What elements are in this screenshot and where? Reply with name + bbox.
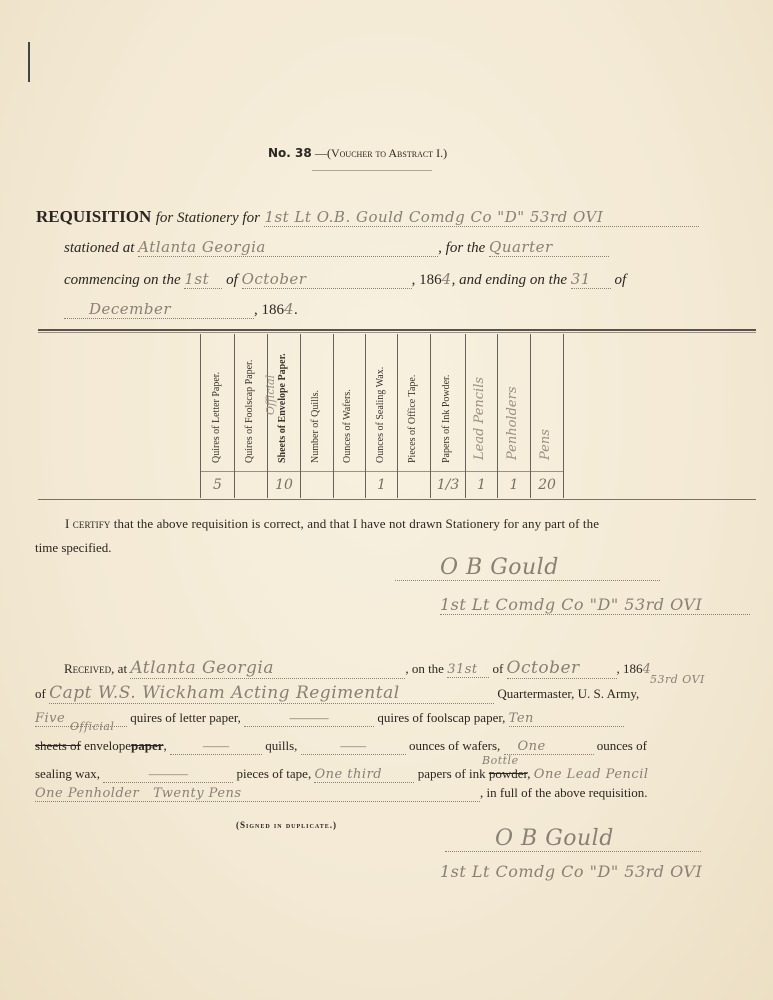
col-line <box>397 334 398 498</box>
received-at-label: , at <box>111 661 127 676</box>
col-header-ink-powder: Papers of Ink Powder. <box>441 345 452 463</box>
col-line <box>365 334 366 498</box>
struck-sheets-of: sheets of <box>35 738 81 753</box>
wax-qty: One <box>504 739 594 755</box>
commencing-label: commencing on the <box>64 272 181 288</box>
commencing-month-field: October <box>242 270 412 289</box>
ending-label: , and ending on the <box>452 272 567 288</box>
col-header-foolscap: Quires of Foolscap Paper. <box>244 345 255 463</box>
table-top-rule <box>38 329 756 331</box>
col-line <box>200 334 201 498</box>
ink-label: papers of ink <box>418 766 486 781</box>
ending-year-digit: 4 <box>284 300 294 318</box>
for-the-label: , for the <box>438 240 485 256</box>
col-header-pens: Pens <box>538 395 553 460</box>
qm-label: Quartermaster, U. S. Army, <box>497 686 639 701</box>
requisition-line-1: REQUISITION for Stationery for 1st Lt O.… <box>36 206 699 227</box>
ink-qty: One third <box>314 767 414 783</box>
certify-lead: I certify <box>65 516 110 531</box>
foolscap-label: quires of foolscap paper, <box>377 710 505 725</box>
cell-envelope-paper: 10 <box>268 477 300 493</box>
col-header-penholders: Penholders <box>505 360 520 460</box>
col-line <box>333 334 334 498</box>
struck-powder: powder <box>489 766 527 781</box>
received-of-label: of <box>492 661 503 676</box>
voucher-number: No. 38 <box>268 146 312 160</box>
col-line <box>497 334 498 498</box>
certify-text-2: time specified. <box>35 540 112 556</box>
col-header-lead-pencils: Lead Pencils <box>472 360 487 460</box>
extra-lead-pencil: One Lead Pencil <box>534 767 649 782</box>
edge-mark <box>28 42 30 82</box>
period-mark: . <box>294 302 298 318</box>
cell-pens: 20 <box>531 477 563 493</box>
received-line-5: sealing wax, ――― pieces of tape, One thi… <box>35 766 649 783</box>
cell-lead-pencils: 1 <box>466 477 497 493</box>
col-annotation-official: Official <box>264 355 277 415</box>
col-line <box>465 334 466 498</box>
qm-annotation: 53rd OVI <box>650 673 705 686</box>
col-header-office-tape: Pieces of Office Tape. <box>407 345 418 463</box>
col-line <box>300 334 301 498</box>
wafers-qty: ―― <box>301 738 406 755</box>
signed-duplicate-label: (Signed in duplicate.) <box>236 820 337 830</box>
extra-penholder-pens: One Penholder Twenty Pens <box>35 786 480 802</box>
requisition-title: REQUISITION <box>36 207 151 226</box>
header-divider <box>312 170 432 171</box>
foolscap-qty: ――― <box>244 710 374 727</box>
stationed-field: Atlanta Georgia <box>138 238 438 257</box>
col-header-sealing-wax: Ounces of Sealing Wax. <box>375 345 386 463</box>
received-location-field: Atlanta Georgia <box>130 658 405 679</box>
tape-blank: ――― <box>103 766 233 783</box>
ending-day-field: 31 <box>571 270 611 289</box>
col-header-wafers: Ounces of Wafers. <box>342 345 353 463</box>
col-line <box>530 334 531 498</box>
received-line-6: One Penholder Twenty Pens, in full of th… <box>35 785 648 802</box>
received-year-prefix: , 186 <box>617 661 643 676</box>
table-top-rule-2 <box>38 332 756 333</box>
envelope-label: envelope <box>84 738 131 753</box>
quills-qty: ―― <box>170 738 262 755</box>
quills-label: quills, <box>265 738 297 753</box>
col-header-envelope-paper: Sheets of Envelope Paper. <box>277 345 288 463</box>
certify-signer-title: 1st Lt Comdg Co "D" 53rd OVI <box>440 595 750 615</box>
year-prefix: , 186 <box>412 272 442 288</box>
stationed-label: stationed at <box>64 240 134 256</box>
received-day-field: 31st <box>447 662 489 678</box>
received-line-4: sheets of envelopepaper, ―― quills, ―― o… <box>35 738 647 755</box>
tape-label: pieces of tape, <box>236 766 311 781</box>
for-stationery-label: for Stationery for <box>156 210 260 226</box>
received-line-1: Received, at Atlanta Georgia, on the 31s… <box>64 658 651 679</box>
receipt-signer-title: 1st Lt Comdg Co "D" 53rd OVI <box>440 862 702 881</box>
col-line <box>563 334 564 498</box>
receipt-signature: O B Gould <box>445 826 701 852</box>
of-label-2: of <box>615 272 627 288</box>
voucher-title: —(Voucher to Abstract I.) <box>315 146 447 160</box>
cell-ink-powder: 1/3 <box>431 477 465 493</box>
col-header-letter-paper: Quires of Letter Paper. <box>211 345 222 463</box>
table-value-divider <box>200 471 564 472</box>
received-on-label: , on the <box>405 661 444 676</box>
ending-month-field: December <box>64 300 254 319</box>
received-month-field: October <box>507 658 617 679</box>
commencing-day-field: 1st <box>184 270 222 289</box>
certify-body: that the above requisition is correct, a… <box>110 516 599 531</box>
cell-letter-paper: 5 <box>201 477 234 493</box>
col-line <box>430 334 431 498</box>
period-field: Quarter <box>489 238 609 257</box>
envelope-qty: Ten <box>509 711 624 727</box>
certify-signature: O B Gould <box>395 555 660 581</box>
cell-sealing-wax: 1 <box>366 477 397 493</box>
certify-text: I certify that the above requisition is … <box>65 516 599 532</box>
col-line <box>234 334 235 498</box>
wax-label: ounces of <box>597 738 647 753</box>
received-line-3: Five quires of letter paper, ――― quires … <box>35 710 624 727</box>
received-lead: Received <box>64 661 111 676</box>
received-of-prefix: of <box>35 686 46 701</box>
requisition-line-3: commencing on the 1st of October, 1864, … <box>64 270 626 289</box>
commencing-year-digit: 4 <box>442 270 452 288</box>
of-label: of <box>226 272 238 288</box>
cell-penholders: 1 <box>498 477 530 493</box>
wafers-label: ounces of wafers, <box>409 738 500 753</box>
requisition-line-2: stationed at Atlanta Georgia, for the Qu… <box>64 238 609 257</box>
received-from-field: Capt W.S. Wickham Acting Regimental <box>49 683 494 704</box>
table-bottom-rule <box>38 499 756 500</box>
full-label: , in full of the above requisition. <box>480 785 648 800</box>
requisition-line-4: December, 1864. <box>64 300 298 319</box>
col-header-quills: Number of Quills. <box>310 345 321 463</box>
letter-paper-label: quires of letter paper, <box>130 710 241 725</box>
struck-paper: paper <box>131 738 164 753</box>
year-prefix-2: , 186 <box>254 302 284 318</box>
requisitioner-field: 1st Lt O.B. Gould Comdg Co "D" 53rd OVI <box>264 208 699 227</box>
received-line-2: of Capt W.S. Wickham Acting Regimental Q… <box>35 683 639 704</box>
wax-label-2: sealing wax, <box>35 766 100 781</box>
voucher-header: No. 38 —(Voucher to Abstract I.) <box>268 145 447 161</box>
envelope-annotation: Official <box>70 720 114 733</box>
